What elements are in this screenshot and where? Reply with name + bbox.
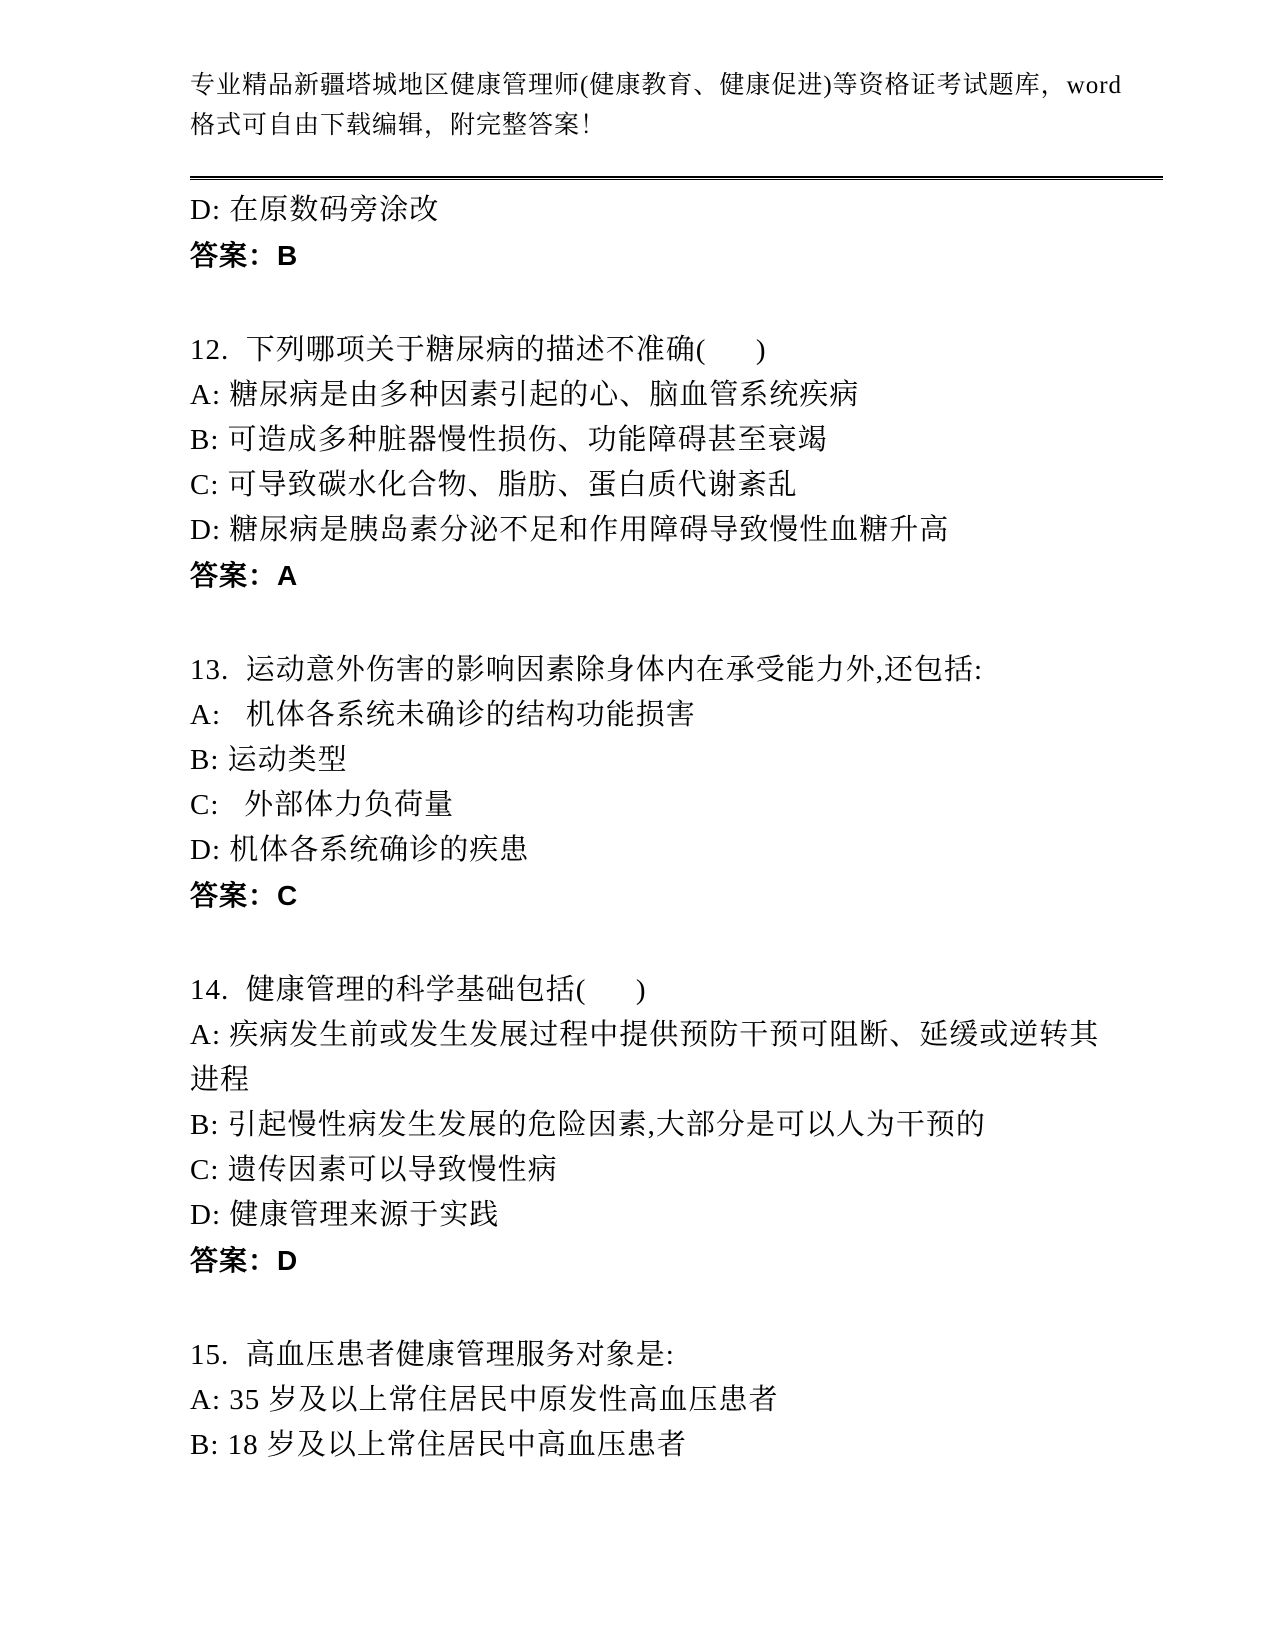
question-13: 13. 运动意外伤害的影响因素除身体内在承受能力外,还包括: A: 机体各系统未… (190, 648, 1135, 918)
question-12-stem: 12. 下列哪项关于糖尿病的描述不准确( ) (190, 328, 1135, 373)
question-13-option-a: A: 机体各系统未确诊的结构功能损害 (190, 693, 1135, 738)
question-14-option-d: D: 健康管理来源于实践 (190, 1193, 1135, 1238)
question-14-option-a: A: 疾病发生前或发生发展过程中提供预防干预可阻断、延缓或逆转其 (190, 1013, 1135, 1058)
header-line-1: 专业精品新疆塔城地区健康管理师(健康教育、健康促进)等资格证考试题库，word (190, 66, 1163, 106)
question-13-option-d: D: 机体各系统确诊的疾患 (190, 828, 1135, 873)
question-14-answer: 答案：D (190, 1238, 1135, 1283)
document-body: D: 在原数码旁涂改 答案：B 12. 下列哪项关于糖尿病的描述不准确( ) A… (190, 188, 1135, 1468)
question-11-answer: 答案：B (190, 233, 1135, 278)
header-divider (190, 176, 1163, 180)
question-12-option-a: A: 糖尿病是由多种因素引起的心、脑血管系统疾病 (190, 373, 1135, 418)
question-15-option-a: A: 35 岁及以上常住居民中原发性高血压患者 (190, 1378, 1135, 1423)
question-12-option-c: C: 可导致碳水化合物、脂肪、蛋白质代谢紊乱 (190, 463, 1135, 508)
question-14-stem: 14. 健康管理的科学基础包括( ) (190, 968, 1135, 1013)
page-header: 专业精品新疆塔城地区健康管理师(健康教育、健康促进)等资格证考试题库，word … (190, 66, 1163, 146)
question-13-stem: 13. 运动意外伤害的影响因素除身体内在承受能力外,还包括: (190, 648, 1135, 693)
question-12: 12. 下列哪项关于糖尿病的描述不准确( ) A: 糖尿病是由多种因素引起的心、… (190, 328, 1135, 598)
question-14-option-c: C: 遗传因素可以导致慢性病 (190, 1148, 1135, 1193)
question-12-option-b: B: 可造成多种脏器慢性损伤、功能障碍甚至衰竭 (190, 418, 1135, 463)
question-13-option-b: B: 运动类型 (190, 738, 1135, 783)
question-11-tail: D: 在原数码旁涂改 答案：B (190, 188, 1135, 278)
question-11-option-d: D: 在原数码旁涂改 (190, 188, 1135, 233)
question-14-option-a-continuation: 进程 (190, 1058, 1135, 1103)
question-15-stem: 15. 高血压患者健康管理服务对象是: (190, 1333, 1135, 1378)
question-13-answer: 答案：C (190, 873, 1135, 918)
question-15-option-b: B: 18 岁及以上常住居民中高血压患者 (190, 1423, 1135, 1468)
header-line-2: 格式可自由下载编辑，附完整答案！ (190, 106, 1163, 146)
exam-document-page: 专业精品新疆塔城地区健康管理师(健康教育、健康促进)等资格证考试题库，word … (0, 0, 1275, 1650)
question-15: 15. 高血压患者健康管理服务对象是: A: 35 岁及以上常住居民中原发性高血… (190, 1333, 1135, 1468)
question-14-option-b: B: 引起慢性病发生发展的危险因素,大部分是可以人为干预的 (190, 1103, 1135, 1148)
question-14: 14. 健康管理的科学基础包括( ) A: 疾病发生前或发生发展过程中提供预防干… (190, 968, 1135, 1283)
question-12-answer: 答案：A (190, 553, 1135, 598)
question-12-option-d: D: 糖尿病是胰岛素分泌不足和作用障碍导致慢性血糖升高 (190, 508, 1135, 553)
question-13-option-c: C: 外部体力负荷量 (190, 783, 1135, 828)
